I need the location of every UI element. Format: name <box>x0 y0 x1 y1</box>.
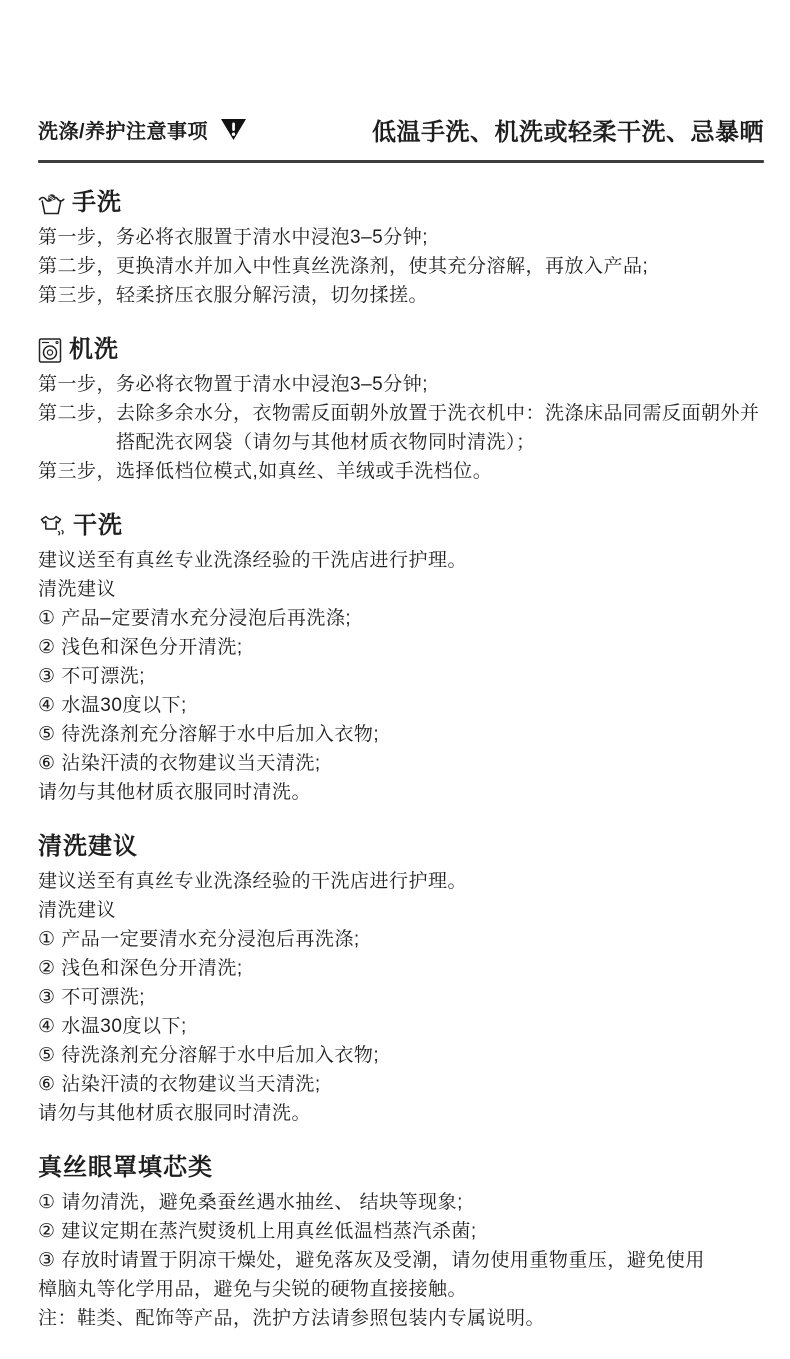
section-title-machine-wash: 机洗 <box>38 335 764 365</box>
body-line: ⑥ 沾染汗渍的衣物建议当天清洗; <box>38 1070 764 1099</box>
header-left: 洗涤/养护注意事项 <box>38 115 247 144</box>
step-label: 第一步， <box>38 223 116 252</box>
body-line: 建议送至有真丝专业洗涤经验的干洗店进行护理。 <box>38 867 764 896</box>
washing-machine-icon <box>38 337 62 364</box>
section-silk-eyemask-filling: 真丝眼罩填芯类① 请勿清洗，避免桑蚕丝遇水抽丝、 结块等现象;② 建议定期在蒸汽… <box>38 1153 764 1333</box>
step-text-line: 更换清水并加入中性真丝洗涤剂，使其充分溶解，再放入产品; <box>116 252 764 281</box>
body-line: 请勿与其他材质衣服同时清洗。 <box>38 778 764 807</box>
step-label: 第三步， <box>38 281 116 310</box>
step-text-line: 务必将衣服置于清水中浸泡3–5分钟; <box>116 223 764 252</box>
section-body: 建议送至有真丝专业洗涤经验的干洗店进行护理。清洗建议① 产品–定要清水充分浸泡后… <box>38 546 764 807</box>
step-label: 第二步， <box>38 399 116 457</box>
body-line: ① 请勿清洗，避免桑蚕丝遇水抽丝、 结块等现象; <box>38 1188 764 1217</box>
section-title-text: 手洗 <box>72 188 122 218</box>
step-label: 第三步， <box>38 457 116 486</box>
step-text: 务必将衣服置于清水中浸泡3–5分钟; <box>116 223 764 252</box>
step-line: 第二步，更换清水并加入中性真丝洗涤剂，使其充分溶解，再放入产品; <box>38 252 764 281</box>
header-right-title: 低温手洗、机洗或轻柔干洗、忌暴晒 <box>372 112 764 147</box>
sections-container: 手洗第一步，务必将衣服置于清水中浸泡3–5分钟;第二步，更换清水并加入中性真丝洗… <box>38 188 764 1333</box>
body-line: ① 产品一定要清水充分浸泡后再洗涤; <box>38 925 764 954</box>
body-line: ② 建议定期在蒸汽熨烫机上用真丝低温档蒸汽杀菌; <box>38 1217 764 1246</box>
step-text-line: 务必将衣物置于清水中浸泡3–5分钟; <box>116 370 764 399</box>
section-title-text: 机洗 <box>69 335 119 365</box>
step-text: 轻柔挤压衣服分解污渍，切勿揉搓。 <box>116 281 764 310</box>
body-line: 清洗建议 <box>38 896 764 925</box>
body-line: ⑥ 沾染汗渍的衣物建议当天清洗; <box>38 749 764 778</box>
body-line: ④ 水温30度以下; <box>38 691 764 720</box>
step-line: 第二步，去除多余水分，衣物需反面朝外放置于洗衣机中：洗涤床品同需反面朝外并搭配洗… <box>38 399 764 457</box>
section-title-silk-eyemask-filling: 真丝眼罩填芯类 <box>38 1153 764 1183</box>
body-line: ② 浅色和深色分开清洗; <box>38 633 764 662</box>
section-title-text: 真丝眼罩填芯类 <box>38 1153 213 1183</box>
section-body: 建议送至有真丝专业洗涤经验的干洗店进行护理。清洗建议① 产品一定要清水充分浸泡后… <box>38 867 764 1128</box>
body-line: ③ 不可漂洗; <box>38 662 764 691</box>
warning-triangle-icon <box>220 118 247 142</box>
section-body: ① 请勿清洗，避免桑蚕丝遇水抽丝、 结块等现象;② 建议定期在蒸汽熨烫机上用真丝… <box>38 1188 764 1333</box>
handwash-tub-icon <box>38 190 65 216</box>
body-line: ⑤ 待洗涤剂充分溶解于水中后加入衣物; <box>38 720 764 749</box>
step-text-line: 搭配洗衣网袋（请勿与其他材质衣物同时清洗）； <box>116 428 764 457</box>
step-text: 更换清水并加入中性真丝洗涤剂，使其充分溶解，再放入产品; <box>116 252 764 281</box>
header-divider <box>38 160 764 163</box>
body-line: ③ 存放时请置于阴凉干燥处，避免落灰及受潮，请勿使用重物重压，避免使用 <box>38 1246 764 1275</box>
section-title-text: 清洗建议 <box>38 832 138 862</box>
body-line: ③ 不可漂洗; <box>38 983 764 1012</box>
body-line: ⑤ 待洗涤剂充分溶解于水中后加入衣物; <box>38 1041 764 1070</box>
step-line: 第三步，轻柔挤压衣服分解污渍，切勿揉搓。 <box>38 281 764 310</box>
section-dry-clean: 干洗建议送至有真丝专业洗涤经验的干洗店进行护理。清洗建议① 产品–定要清水充分浸… <box>38 511 764 807</box>
step-label: 第二步， <box>38 252 116 281</box>
step-text: 选择低档位模式,如真丝、羊绒或手洗档位。 <box>116 457 764 486</box>
header-left-title: 洗涤/养护注意事项 <box>38 115 208 144</box>
section-body: 第一步，务必将衣物置于清水中浸泡3–5分钟;第二步，去除多余水分，衣物需反面朝外… <box>38 370 764 486</box>
section-body: 第一步，务必将衣服置于清水中浸泡3–5分钟;第二步，更换清水并加入中性真丝洗涤剂… <box>38 223 764 310</box>
body-line: ④ 水温30度以下; <box>38 1012 764 1041</box>
body-line: 注：鞋类、配饰等产品，洗护方法请参照包装内专属说明。 <box>38 1304 764 1333</box>
body-line: 清洗建议 <box>38 575 764 604</box>
body-line: ① 产品–定要清水充分浸泡后再洗涤; <box>38 604 764 633</box>
section-title-dry-clean: 干洗 <box>38 511 764 541</box>
header: 洗涤/养护注意事项 低温手洗、机洗或轻柔干洗、忌暴晒 <box>38 112 764 147</box>
step-text-line: 轻柔挤压衣服分解污渍，切勿揉搓。 <box>116 281 764 310</box>
body-line: 樟脑丸等化学用品，避免与尖锐的硬物直接接触。 <box>38 1275 764 1304</box>
body-line: 建议送至有真丝专业洗涤经验的干洗店进行护理。 <box>38 546 764 575</box>
body-line: 请勿与其他材质衣服同时清洗。 <box>38 1099 764 1128</box>
step-line: 第一步，务必将衣服置于清水中浸泡3–5分钟; <box>38 223 764 252</box>
body-line: ② 浅色和深色分开清洗; <box>38 954 764 983</box>
section-machine-wash: 机洗第一步，务必将衣物置于清水中浸泡3–5分钟;第二步，去除多余水分，衣物需反面… <box>38 335 764 486</box>
step-text: 务必将衣物置于清水中浸泡3–5分钟; <box>116 370 764 399</box>
step-text-line: 去除多余水分，衣物需反面朝外放置于洗衣机中：洗涤床品同需反面朝外并 <box>116 399 764 428</box>
step-label: 第一步， <box>38 370 116 399</box>
section-title-hand-wash: 手洗 <box>38 188 764 218</box>
section-hand-wash: 手洗第一步，务必将衣服置于清水中浸泡3–5分钟;第二步，更换清水并加入中性真丝洗… <box>38 188 764 310</box>
section-wash-advice: 清洗建议建议送至有真丝专业洗涤经验的干洗店进行护理。清洗建议① 产品一定要清水充… <box>38 832 764 1128</box>
step-text: 去除多余水分，衣物需反面朝外放置于洗衣机中：洗涤床品同需反面朝外并搭配洗衣网袋（… <box>116 399 764 457</box>
care-instructions-page: 洗涤/养护注意事项 低温手洗、机洗或轻柔干洗、忌暴晒 手洗第一步，务必将衣服置于… <box>0 0 790 1359</box>
section-title-wash-advice: 清洗建议 <box>38 832 764 862</box>
section-title-text: 干洗 <box>73 511 123 541</box>
step-text-line: 选择低档位模式,如真丝、羊绒或手洗档位。 <box>116 457 764 486</box>
dry-clean-steam-icon <box>38 513 66 539</box>
step-line: 第一步，务必将衣物置于清水中浸泡3–5分钟; <box>38 370 764 399</box>
step-line: 第三步，选择低档位模式,如真丝、羊绒或手洗档位。 <box>38 457 764 486</box>
